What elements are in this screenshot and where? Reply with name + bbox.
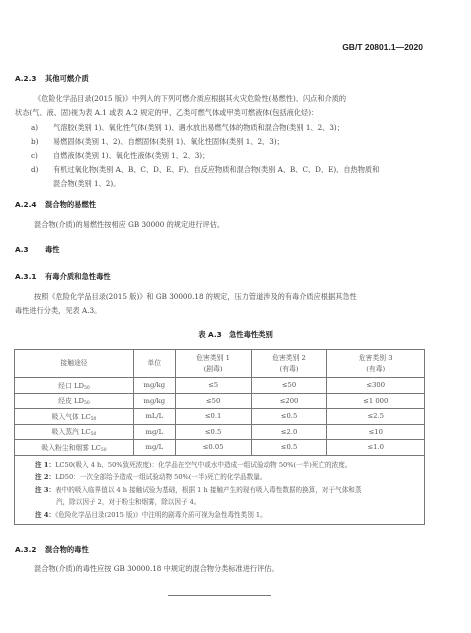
header-category-3: 危害类别 3(有毒) — [327, 350, 425, 378]
table-notes: 注 1：LC50(吸入 4 h、50%致死浓度)：化学品在空气中或水中造成一组试… — [15, 455, 425, 525]
heading-title: 混合物的毒性 — [45, 545, 89, 554]
cell-route: 吸入蒸汽 LC50 — [15, 424, 134, 440]
acute-toxicity-table: 接触途径 单位 危害类别 1(剧毒) 危害类别 2(有毒) 危害类别 3(有毒)… — [14, 349, 425, 525]
paragraph-a31: 按照《危险化学品目录(2015 版)》和 GB 30000.18 的规定，压力管… — [15, 290, 357, 317]
cell-unit: mg/L — [134, 440, 176, 456]
cell-cat3: ≤1.0 — [327, 440, 425, 456]
cell-cat1: ≤0.1 — [175, 409, 251, 425]
paragraph-line: 混合物(介质)的易燃性按相应 GB 30000 的规定进行评估。 — [15, 218, 224, 232]
list-label: a) — [31, 123, 53, 132]
heading-number: A.2.4 — [15, 200, 45, 209]
list-item-a: a)气溶胶(类别 1)、氧化性气体(类别 1)、遇水放出易燃气体的物质和混合物(… — [31, 123, 344, 133]
cell-unit: mL/L — [134, 409, 176, 425]
table-header-row: 接触途径 单位 危害类别 1(剧毒) 危害类别 2(有毒) 危害类别 3(有毒) — [15, 350, 425, 378]
note-4: 注 4：《危险化学品目录(2015 版)》中注明的剧毒介质可视为急性毒性类别 1… — [35, 509, 424, 522]
cell-cat3: ≤10 — [327, 424, 425, 440]
heading-title: 有毒介质和急性毒性 — [45, 272, 111, 281]
heading-a24: A.2.4混合物的易燃性 — [15, 200, 96, 210]
heading-a3: A.3毒性 — [15, 245, 60, 255]
list-text: 易燃固体(类别 1、2)、自燃固体(类别 1)、氧化性固体(类别 1、2、3)； — [53, 137, 284, 146]
cell-route: 经口 LD50 — [15, 378, 134, 394]
note-3-continued: 汽，除以因子 2，对于粉尘和烟雾，除以因子 4。 — [35, 496, 424, 509]
heading-number: A.3.2 — [15, 545, 45, 554]
list-label: c) — [31, 151, 53, 160]
list-label: b) — [31, 137, 53, 146]
cell-cat2: ≤0.5 — [251, 409, 327, 425]
heading-a31: A.3.1有毒介质和急性毒性 — [15, 272, 111, 282]
heading-title: 其他可燃介质 — [45, 74, 89, 83]
heading-number: A.3.1 — [15, 272, 45, 281]
table-row: 吸入气体 LC50 mL/L ≤0.1 ≤0.5 ≤2.5 — [15, 409, 425, 425]
header-unit: 单位 — [134, 350, 176, 378]
list-label: d) — [31, 165, 53, 174]
cell-cat3: ≤1 000 — [327, 393, 425, 409]
cell-cat2: ≤50 — [251, 378, 327, 394]
cell-cat3: ≤300 — [327, 378, 425, 394]
cell-cat1: ≤0.05 — [175, 440, 251, 456]
cell-route: 吸入粉尘和烟雾 LC50 — [15, 440, 134, 456]
list-item-b: b)易燃固体(类别 1、2)、自燃固体(类别 1)、氧化性固体(类别 1、2、3… — [31, 137, 284, 147]
cell-cat1: ≤0.5 — [175, 424, 251, 440]
table-row: 经口 LD50 mg/kg ≤5 ≤50 ≤300 — [15, 378, 425, 394]
heading-number: A.2.3 — [15, 74, 45, 83]
end-of-document-rule — [168, 595, 271, 596]
note-1: 注 1：LC50(吸入 4 h、50%致死浓度)：化学品在空气中或水中造成一组试… — [35, 459, 424, 472]
cell-cat2: ≤200 — [251, 393, 327, 409]
cell-unit: mg/kg — [134, 393, 176, 409]
paragraph-line: 状态(气、液、固)视为表 A.1 或表 A.2 规定的甲、乙类可燃气体或甲类可燃… — [15, 106, 346, 120]
paragraph-a23: 《危险化学品目录(2015 版)》中列入的下列可燃介质应根据其火灾危险性(易燃性… — [15, 92, 346, 119]
cell-cat1: ≤50 — [175, 393, 251, 409]
table-title: 表 A.3 急性毒性类别 — [0, 330, 471, 340]
heading-title: 混合物的易燃性 — [45, 200, 96, 209]
list-text: 自燃液体(类别 1)、氧化性液体(类别 1、2、3)； — [53, 151, 209, 160]
cell-cat1: ≤5 — [175, 378, 251, 394]
list-item-d: d)有机过氧化物(类别 A、B、C、D、E、F)、自反应物质和混合物(类别 A、… — [31, 165, 379, 175]
heading-title: 毒性 — [45, 245, 60, 254]
cell-cat2: ≤0.5 — [251, 440, 327, 456]
table-row: 吸入粉尘和烟雾 LC50 mg/L ≤0.05 ≤0.5 ≤1.0 — [15, 440, 425, 456]
paragraph-line: 按照《危险化学品目录(2015 版)》和 GB 30000.18 的规定，压力管… — [15, 290, 357, 304]
header-category-2: 危害类别 2(有毒) — [251, 350, 327, 378]
cell-route: 吸入气体 LC50 — [15, 409, 134, 425]
cell-route: 经皮 LD50 — [15, 393, 134, 409]
cell-cat2: ≤2.0 — [251, 424, 327, 440]
note-2: 注 2：LD50：一次全部给予造成一组试验动物 50%(一半)死亡的化学品数量。 — [35, 471, 424, 484]
cell-unit: mg/kg — [134, 378, 176, 394]
table-notes-row: 注 1：LC50(吸入 4 h、50%致死浓度)：化学品在空气中或水中造成一组试… — [15, 455, 425, 525]
paragraph-a32: 混合物(介质)的毒性应按 GB 30000.18 中规定的混合物分类标准进行评估… — [15, 562, 279, 576]
table-row: 经皮 LD50 mg/kg ≤50 ≤200 ≤1 000 — [15, 393, 425, 409]
header-category-1: 危害类别 1(剧毒) — [175, 350, 251, 378]
cell-cat3: ≤2.5 — [327, 409, 425, 425]
paragraph-a24: 混合物(介质)的易燃性按相应 GB 30000 的规定进行评估。 — [15, 218, 224, 232]
heading-number: A.3 — [15, 245, 45, 254]
cell-unit: mg/L — [134, 424, 176, 440]
list-item-d-continued: 混合物(类别 1、2)。 — [53, 179, 120, 189]
table-row: 吸入蒸汽 LC50 mg/L ≤0.5 ≤2.0 ≤10 — [15, 424, 425, 440]
paragraph-line: 混合物(介质)的毒性应按 GB 30000.18 中规定的混合物分类标准进行评估… — [15, 562, 279, 576]
list-text: 气溶胶(类别 1)、氧化性气体(类别 1)、遇水放出易燃气体的物质和混合物(类别… — [53, 123, 344, 132]
header-route: 接触途径 — [15, 350, 134, 378]
list-text: 有机过氧化物(类别 A、B、C、D、E、F)、自反应物质和混合物(类别 A、B、… — [53, 165, 379, 174]
note-3: 注 3：表中的吸入临界值以 4 h 接触试验为基础，根据 1 h 接触产生的现有… — [35, 484, 424, 497]
paragraph-line: 《危险化学品目录(2015 版)》中列入的下列可燃介质应根据其火灾危险性(易燃性… — [15, 92, 346, 106]
heading-a23: A.2.3其他可燃介质 — [15, 74, 89, 84]
list-item-c: c)自燃液体(类别 1)、氧化性液体(类别 1、2、3)； — [31, 151, 209, 161]
heading-a32: A.3.2混合物的毒性 — [15, 545, 89, 555]
standard-code: GB/T 20801.1—2020 — [342, 42, 423, 52]
paragraph-line: 毒性进行分类，见表 A.3。 — [15, 304, 357, 318]
